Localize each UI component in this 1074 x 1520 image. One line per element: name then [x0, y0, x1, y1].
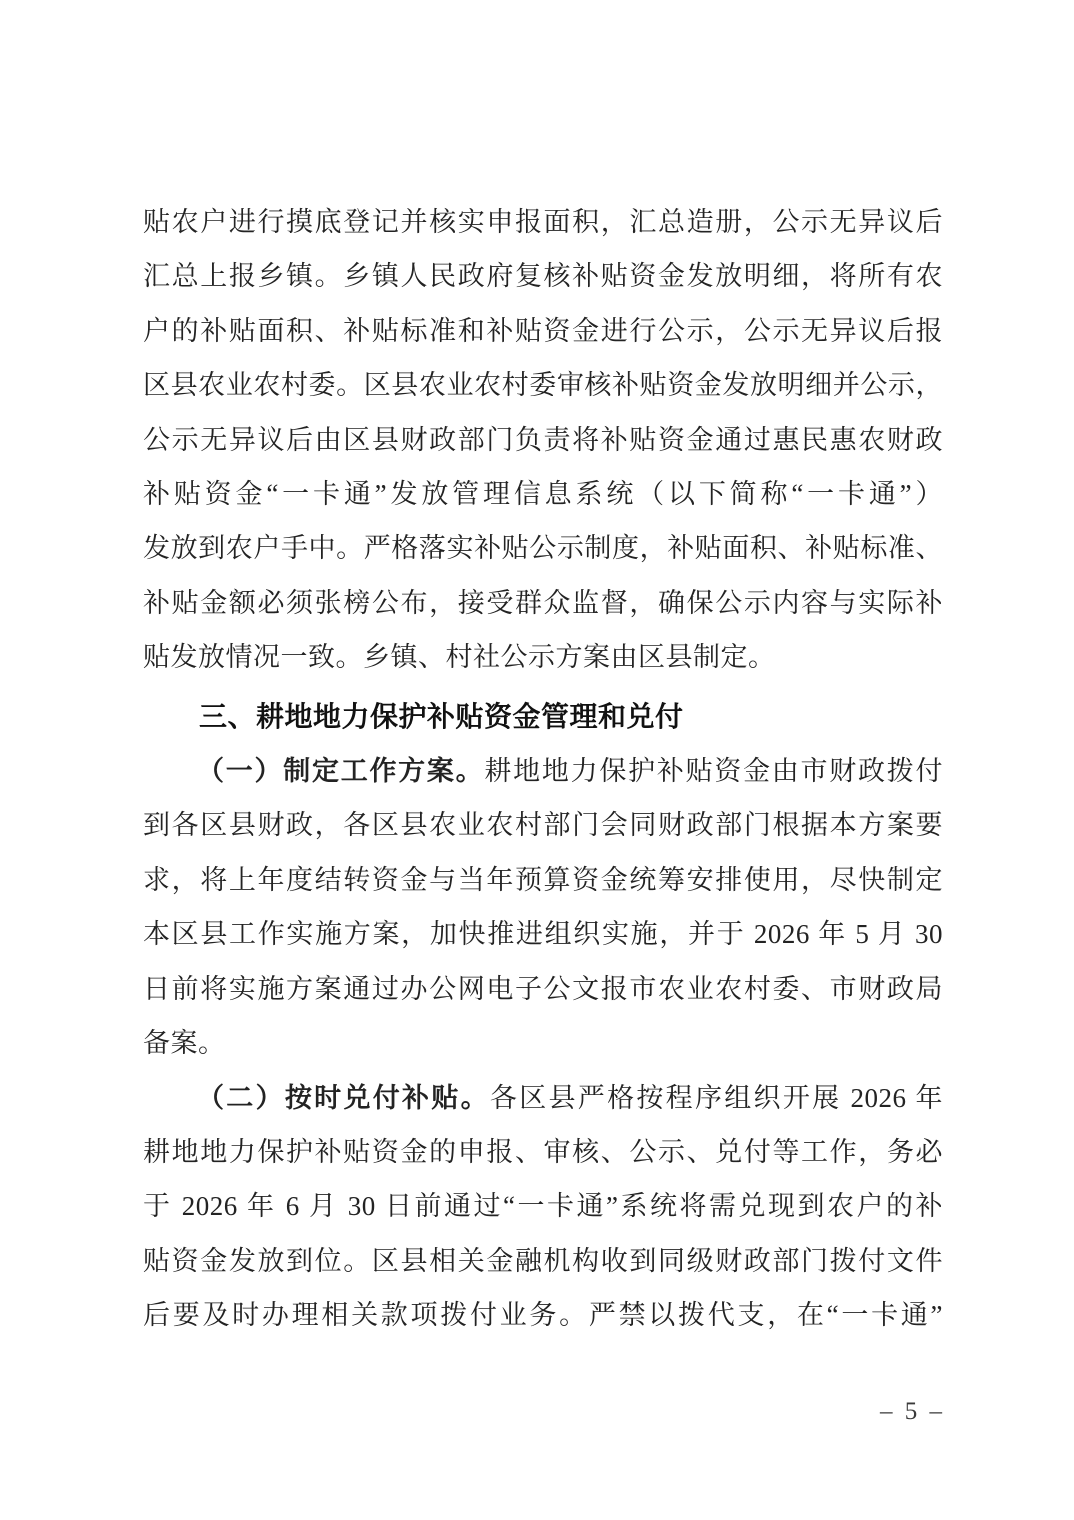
line-text: 耕地地力保护补贴资金由市财政拨付: [484, 756, 943, 786]
document-line: 补贴金额必须张榜公布，接受群众监督，确保公示内容与实际补: [143, 576, 943, 630]
document-line: 耕地地力保护补贴资金的申报、审核、公示、兑付等工作，务必: [143, 1125, 943, 1179]
page-number: – 5 –: [880, 1398, 945, 1426]
line-text: 备案。: [143, 1028, 226, 1058]
line-text: 各区县严格按程序组织开展 2026 年: [490, 1083, 943, 1113]
document-line: 备案。: [143, 1016, 943, 1070]
line-text: 耕地地力保护补贴资金的申报、审核、公示、兑付等工作，务必: [143, 1137, 943, 1167]
line-text: 户的补贴面积、补贴标准和补贴资金进行公示，公示无异议后报: [143, 316, 943, 346]
line-text: 补贴金额必须张榜公布，接受群众监督，确保公示内容与实际补: [143, 588, 943, 618]
paragraph-item-2: （二）按时兑付补贴。各区县严格按程序组织开展 2026 年耕地地力保护补贴资金的…: [143, 1071, 943, 1343]
line-text: 本区县工作实施方案，加快推进组织实施，并于 2026 年 5 月 30: [143, 919, 943, 949]
paragraph-item-1: （一）制定工作方案。耕地地力保护补贴资金由市财政拨付到各区县财政，各区县农业农村…: [143, 744, 943, 1070]
line-text: 后要及时办理相关款项拨付业务。严禁以拨代支，在“一卡通”: [143, 1300, 943, 1330]
document-line: 户的补贴面积、补贴标准和补贴资金进行公示，公示无异议后报: [143, 304, 943, 358]
document-line: 后要及时办理相关款项拨付业务。严禁以拨代支，在“一卡通”: [143, 1288, 943, 1342]
line-text: 公示无异议后由区县财政部门负责将补贴资金通过惠民惠农财政: [143, 425, 943, 455]
document-line: 本区县工作实施方案，加快推进组织实施，并于 2026 年 5 月 30: [143, 907, 943, 961]
section-heading: 三、耕地地力保护补贴资金管理和兑付: [143, 690, 943, 744]
document-page: 贴农户进行摸底登记并核实申报面积，汇总造册，公示无异议后汇总上报乡镇。乡镇人民政…: [0, 0, 1074, 1520]
line-text: 发放到农户手中。严格落实补贴公示制度，补贴面积、补贴标准、: [143, 533, 943, 563]
document-line: 贴发放情况一致。乡镇、村社公示方案由区县制定。: [143, 630, 943, 684]
paragraph-continuation: 贴农户进行摸底登记并核实申报面积，汇总造册，公示无异议后汇总上报乡镇。乡镇人民政…: [143, 195, 943, 685]
document-line: 三、耕地地力保护补贴资金管理和兑付: [143, 690, 943, 744]
document-line: （一）制定工作方案。耕地地力保护补贴资金由市财政拨付: [143, 744, 943, 798]
document-line: 发放到农户手中。严格落实补贴公示制度，补贴面积、补贴标准、: [143, 521, 943, 575]
document-line: 贴农户进行摸底登记并核实申报面积，汇总造册，公示无异议后: [143, 195, 943, 249]
document-line: 汇总上报乡镇。乡镇人民政府复核补贴资金发放明细，将所有农: [143, 249, 943, 303]
line-text: 贴农户进行摸底登记并核实申报面积，汇总造册，公示无异议后: [143, 207, 943, 237]
document-line: 于 2026 年 6 月 30 日前通过“一卡通”系统将需兑现到农户的补: [143, 1179, 943, 1233]
document-line: （二）按时兑付补贴。各区县严格按程序组织开展 2026 年: [143, 1071, 943, 1125]
document-line: 到各区县财政，各区县农业农村部门会同财政部门根据本方案要: [143, 798, 943, 852]
line-text: 三、耕地地力保护补贴资金管理和兑付: [199, 701, 684, 732]
line-text: 日前将实施方案通过办公网电子公文报市农业农村委、市财政局: [143, 974, 943, 1004]
line-text: 到各区县财政，各区县农业农村部门会同财政部门根据本方案要: [143, 810, 943, 840]
line-text: 于 2026 年 6 月 30 日前通过“一卡通”系统将需兑现到农户的补: [143, 1191, 943, 1221]
document-line: 贴资金发放到位。区县相关金融机构收到同级财政部门拨付文件: [143, 1234, 943, 1288]
document-line: 区县农业农村委。区县农业农村委审核补贴资金发放明细并公示，: [143, 358, 943, 412]
document-body: 贴农户进行摸底登记并核实申报面积，汇总造册，公示无异议后汇总上报乡镇。乡镇人民政…: [143, 195, 943, 1343]
document-line: 日前将实施方案通过办公网电子公文报市农业农村委、市财政局: [143, 962, 943, 1016]
line-text: 贴资金发放到位。区县相关金融机构收到同级财政部门拨付文件: [143, 1246, 943, 1276]
line-text: 汇总上报乡镇。乡镇人民政府复核补贴资金发放明细，将所有农: [143, 261, 943, 291]
line-text: 补贴资金“一卡通”发放管理信息系统（以下简称“一卡通”）: [143, 479, 943, 509]
document-line: 求，将上年度结转资金与当年预算资金统筹安排使用，尽快制定: [143, 853, 943, 907]
paragraph-lead-label: （二）按时兑付补贴。: [197, 1083, 490, 1113]
document-line: 公示无异议后由区县财政部门负责将补贴资金通过惠民惠农财政: [143, 413, 943, 467]
document-line: 补贴资金“一卡通”发放管理信息系统（以下简称“一卡通”）: [143, 467, 943, 521]
line-text: 贴发放情况一致。乡镇、村社公示方案由区县制定。: [143, 642, 776, 672]
paragraph-lead-label: （一）制定工作方案。: [197, 756, 484, 786]
line-text: 求，将上年度结转资金与当年预算资金统筹安排使用，尽快制定: [143, 865, 943, 895]
line-text: 区县农业农村委。区县农业农村委审核补贴资金发放明细并公示，: [143, 370, 943, 400]
